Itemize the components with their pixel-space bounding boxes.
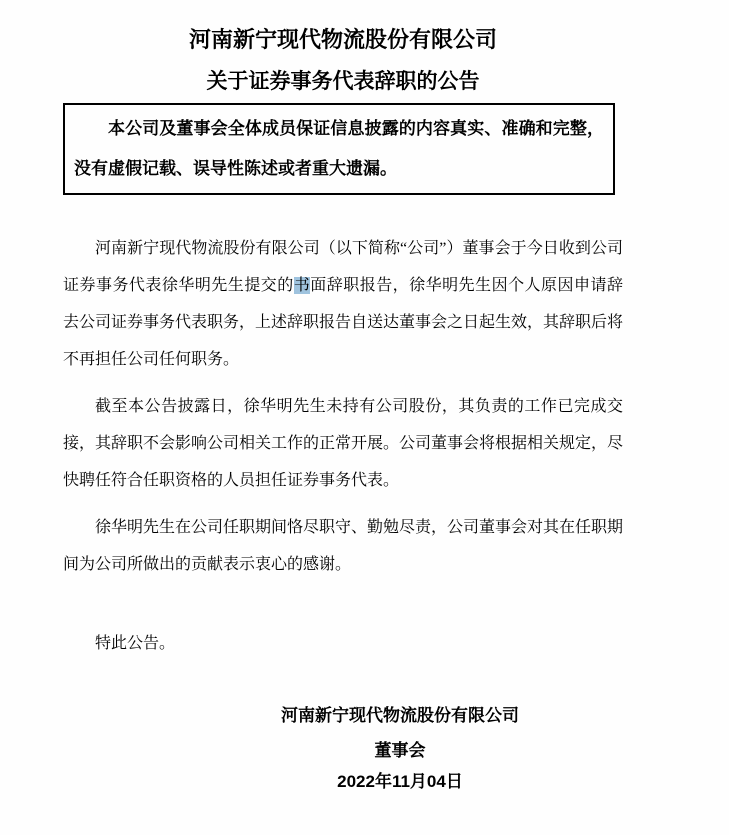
announcement-document: 河南新宁现代物流股份有限公司 关于证券事务代表辞职的公告 本公司及董事会全体成员…	[0, 0, 729, 835]
closing-statement: 特此公告。	[63, 625, 623, 662]
document-content: 河南新宁现代物流股份有限公司 关于证券事务代表辞职的公告 本公司及董事会全体成员…	[63, 26, 623, 796]
signature-board: 董事会	[280, 734, 520, 768]
signature-company: 河南新宁现代物流股份有限公司	[280, 698, 520, 734]
body-text: 河南新宁现代物流股份有限公司（以下简称“公司”）董事会于今日收到公司证券事务代表…	[63, 230, 623, 662]
disclaimer-box: 本公司及董事会全体成员保证信息披露的内容真实、准确和完整，没有虚假记载、误导性陈…	[63, 103, 615, 195]
paragraph-gratitude: 徐华明先生在公司任职期间恪尽职守、勤勉尽责，公司董事会对其在任职期间为公司所做出…	[63, 509, 623, 583]
disclaimer-text: 本公司及董事会全体成员保证信息披露的内容真实、准确和完整，没有虚假记载、误导性陈…	[74, 119, 604, 178]
announcement-title: 关于证券事务代表辞职的公告	[63, 68, 623, 96]
signature-block: 河南新宁现代物流股份有限公司 董事会 2022年11月04日	[280, 698, 520, 796]
paragraph-resignation-notice: 河南新宁现代物流股份有限公司（以下简称“公司”）董事会于今日收到公司证券事务代表…	[63, 230, 623, 378]
paragraph-shareholding-status: 截至本公告披露日，徐华明先生未持有公司股份，其负责的工作已完成交接，其辞职不会影…	[63, 388, 623, 499]
signature-date: 2022年11月04日	[280, 768, 520, 796]
company-title: 河南新宁现代物流股份有限公司	[63, 26, 623, 54]
highlighted-character: 书	[294, 277, 310, 294]
